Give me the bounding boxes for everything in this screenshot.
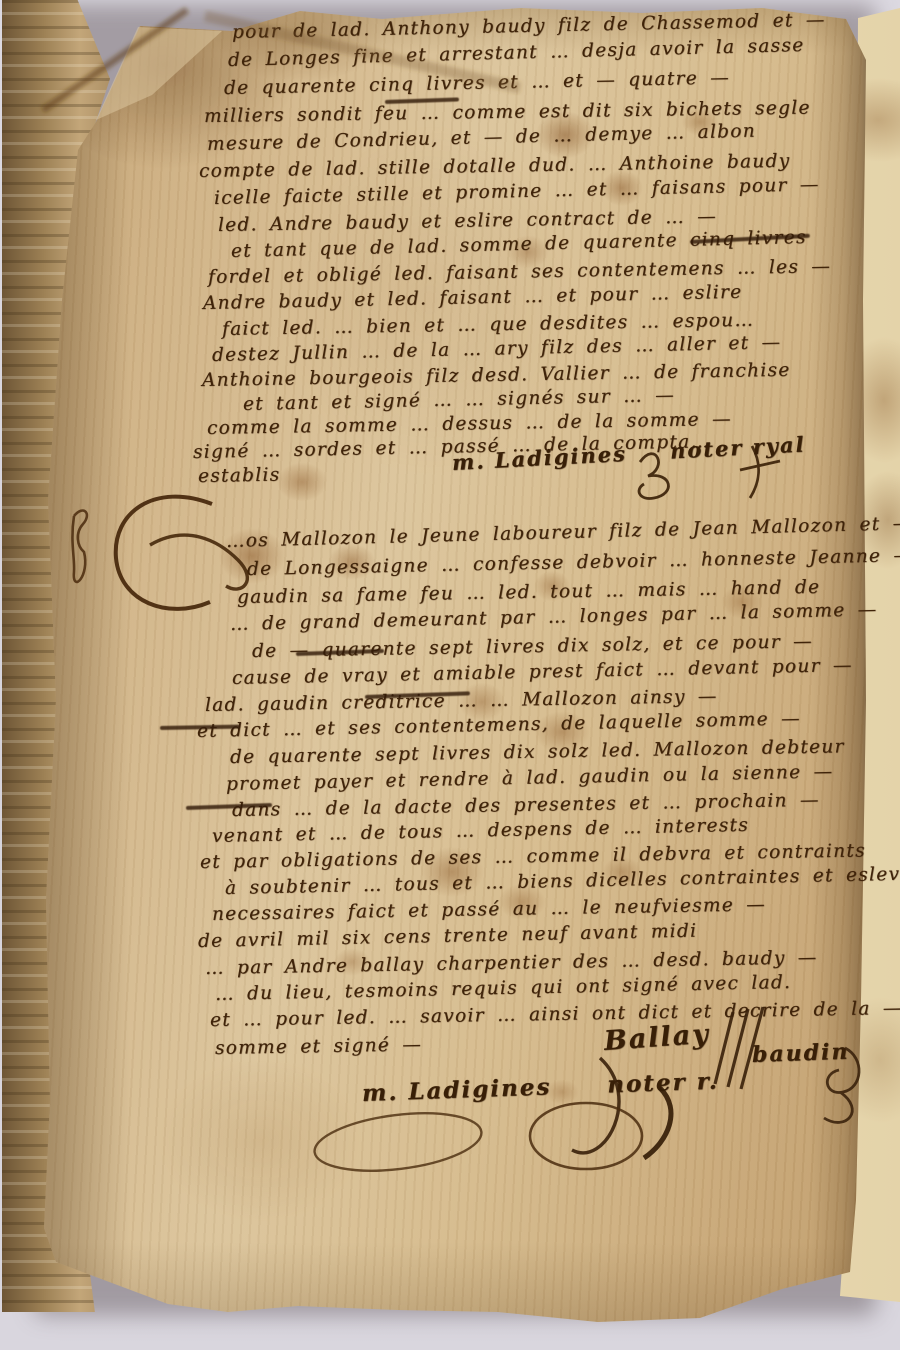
witness-paraph <box>715 1007 763 1089</box>
notary-paraph <box>639 454 668 499</box>
crease-line <box>205 16 520 88</box>
opening-initial-flourish <box>116 497 212 609</box>
bottom-flourish <box>530 1103 642 1169</box>
notary-paraph <box>740 446 780 498</box>
bottom-flourish <box>311 1105 484 1179</box>
ink-layer: pour de lad. Anthony baudy filz de Chass… <box>0 0 900 1350</box>
bottom-flourish <box>644 1088 671 1158</box>
margin-paraph <box>72 511 86 582</box>
manuscript-photo: pour de lad. Anthony baudy filz de Chass… <box>0 0 900 1350</box>
opening-initial-flourish <box>150 535 247 589</box>
folded-corner <box>96 27 222 120</box>
witness-paraph <box>824 1048 859 1122</box>
ink-flourishes-overlay <box>0 0 900 1350</box>
